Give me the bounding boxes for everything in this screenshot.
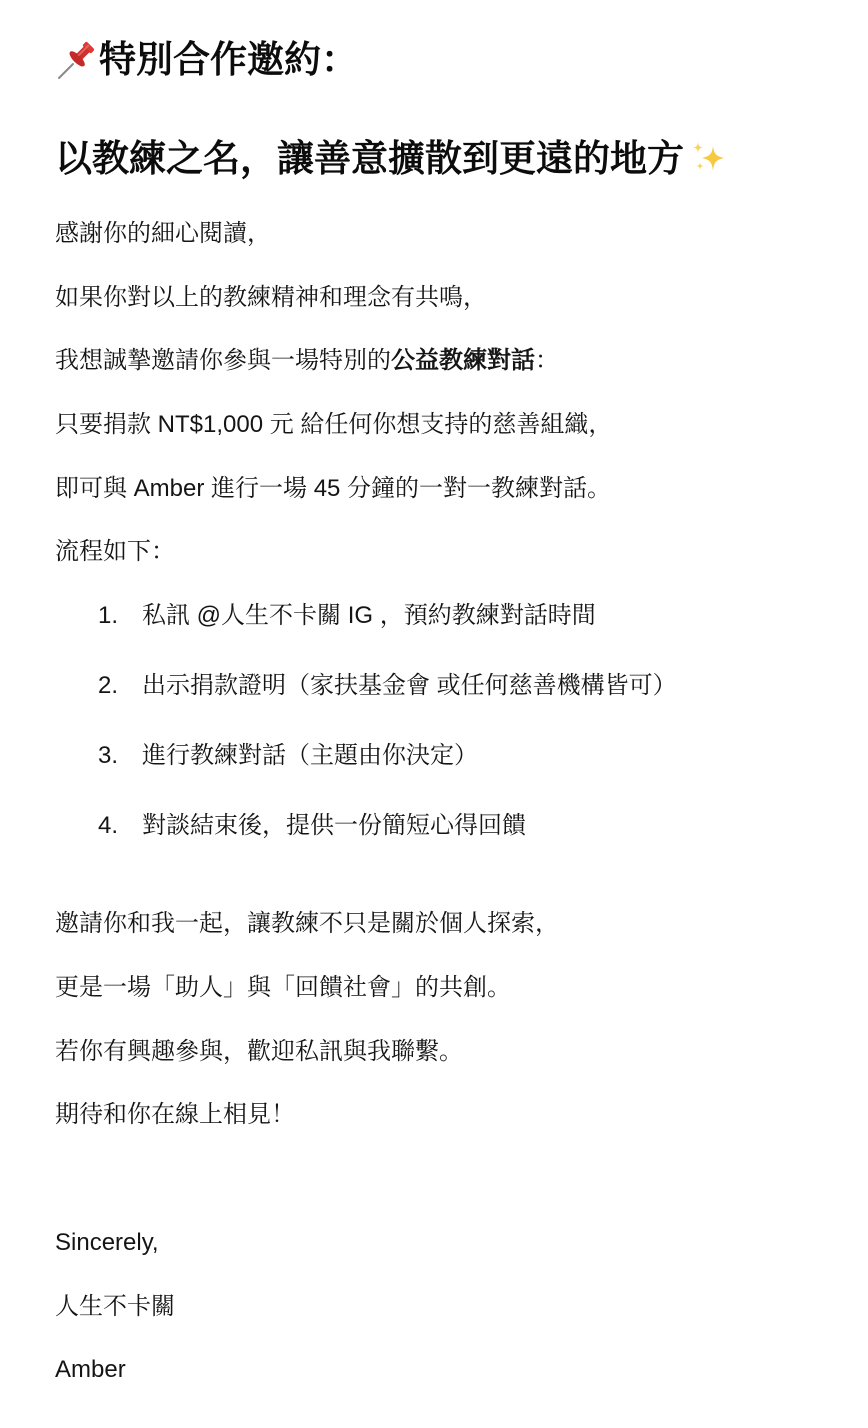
list-number: 4. — [98, 811, 142, 841]
list-item: 3. 進行教練對話（主題由你決定） — [98, 741, 478, 771]
invitation-prefix: 我想誠摯邀請你參與一場特別的 — [55, 347, 391, 374]
invitation-suffix: ： — [535, 347, 559, 374]
list-number: 1. — [98, 601, 142, 631]
heading-line1: 特別合作邀約： — [99, 38, 358, 82]
invitation-bold-charity-coaching: 公益教練對話 — [391, 347, 535, 374]
paragraph-resonance: 如果你對以上的教練精神和理念有共鳴， — [55, 283, 487, 313]
list-number: 2. — [98, 671, 142, 701]
heading-special-invitation: 特別合作邀約： — [55, 38, 358, 82]
list-item: 4. 對談結束後，提供一份簡短心得回饋 — [98, 811, 526, 841]
paragraph-closing-2: 更是一場「助人」與「回饋社會」的共創。 — [55, 973, 511, 1003]
list-item: 1. 私訊 @人生不卡關 IG ，預約教練對話時間 — [98, 601, 596, 631]
list-number: 3. — [98, 741, 142, 771]
list-item: 2. 出示捐款證明（家扶基金會 或任何慈善機構皆可） — [98, 671, 677, 701]
signature-name: Amber — [55, 1355, 126, 1385]
list-text: 私訊 @人生不卡關 IG ，預約教練對話時間 — [142, 601, 596, 631]
heading-line2: 以教練之名，讓善意擴散到更遠的地方 — [55, 137, 684, 181]
paragraph-closing-1: 邀請你和我一起，讓教練不只是關於個人探索， — [55, 909, 559, 939]
paragraph-donation: 只要捐款 NT$1,000 元 給任何你想支持的慈善組織， — [55, 410, 612, 440]
paragraph-closing-3: 若你有興趣參與，歡迎私訊與我聯繫。 — [55, 1037, 463, 1067]
list-text: 對談結束後，提供一份簡短心得回饋 — [142, 811, 526, 841]
paragraph-invitation: 我想誠摯邀請你參與一場特別的公益教練對話： — [55, 346, 559, 376]
paragraph-closing-4: 期待和你在線上相見！ — [55, 1100, 295, 1130]
paragraph-process-label: 流程如下： — [55, 537, 175, 567]
pushpin-icon — [55, 39, 97, 81]
signature-brand: 人生不卡關 — [55, 1292, 175, 1322]
heading-subtitle: 以教練之名，讓善意擴散到更遠的地方 — [55, 137, 728, 181]
list-text: 出示捐款證明（家扶基金會 或任何慈善機構皆可） — [142, 671, 677, 701]
paragraph-session: 即可與 Amber 進行一場 45 分鐘的一對一教練對話。 — [55, 474, 611, 504]
list-text: 進行教練對話（主題由你決定） — [142, 741, 478, 771]
paragraph-thanks: 感謝你的細心閱讀， — [55, 219, 271, 249]
signature-salutation: Sincerely, — [55, 1228, 159, 1258]
sparkles-icon — [686, 138, 728, 180]
